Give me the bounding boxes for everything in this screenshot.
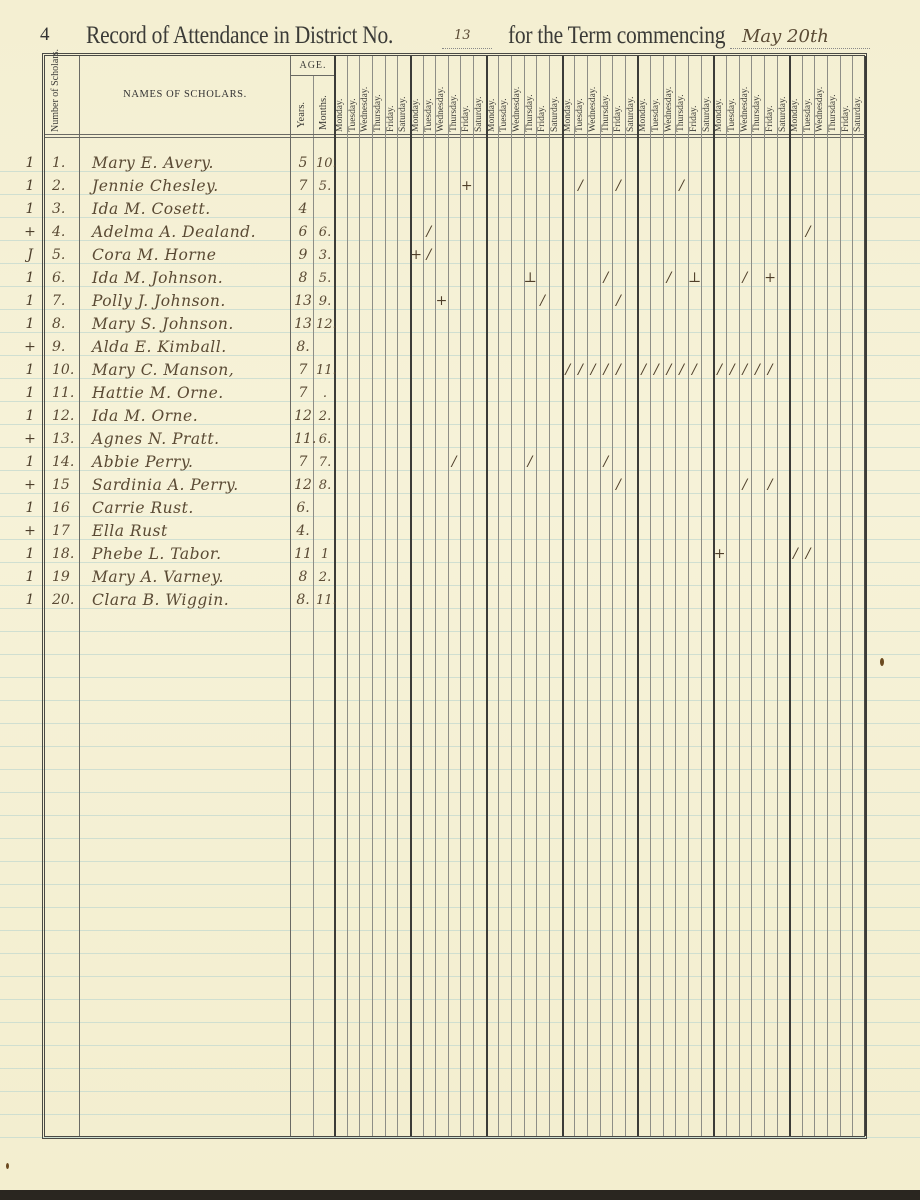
day-header-saturday: Saturday. [778, 58, 790, 132]
scholar-number: 4. [52, 221, 78, 244]
day-header-tuesday: Tuesday. [575, 58, 587, 132]
attendance-mark: / [764, 363, 777, 377]
header-months: Months. [318, 86, 329, 130]
header-bottom-rule [45, 134, 865, 135]
tally-mark: + [22, 474, 38, 497]
attendance-mark: / [751, 363, 764, 377]
age-months [316, 198, 334, 221]
district-number: 13 [454, 28, 471, 43]
day-header-thursday: Thursday. [601, 58, 613, 132]
day-header-thursday: Thursday. [752, 58, 764, 132]
tally-mark: 1 [22, 198, 38, 221]
scholar-number: 7. [52, 290, 78, 313]
scholar-name: Carrie Rust. [92, 497, 290, 520]
attendance-mark: / [574, 179, 587, 193]
attendance-mark: / [612, 478, 625, 492]
scholar-row: 112.Ida M. Orne.122. [0, 405, 920, 428]
age-years: 8. [294, 336, 312, 359]
age-years: 6. [294, 497, 312, 520]
age-years: 8 [294, 566, 312, 589]
scholar-name: Adelma A. Dealand. [92, 221, 290, 244]
age-years: 11. [294, 428, 312, 451]
attendance-mark: / [600, 271, 613, 285]
age-years: 13 [294, 313, 312, 336]
day-header-saturday: Saturday. [474, 58, 486, 132]
scholar-number: 3. [52, 198, 78, 221]
scholar-number: 8. [52, 313, 78, 336]
page-number: 4 [40, 24, 50, 46]
attendance-mark: / [612, 179, 625, 193]
attendance-mark: / [423, 225, 436, 239]
age-months: 2. [316, 566, 334, 589]
day-header-tuesday: Tuesday. [651, 58, 663, 132]
scholar-row: 120.Clara B. Wiggin.8.11. [0, 589, 920, 612]
scholar-name: Mary C. Manson, [92, 359, 290, 382]
age-months [316, 497, 334, 520]
scholar-name: Phebe L. Tabor. [92, 543, 290, 566]
day-header-tuesday: Tuesday. [348, 58, 360, 132]
day-header-friday: Friday. [537, 58, 549, 132]
age-months: 12. [316, 313, 334, 336]
tally-mark: 1 [22, 382, 38, 405]
day-header-monday: Monday. [487, 58, 499, 132]
age-months: 3. [316, 244, 334, 267]
scholar-number: 18. [52, 543, 78, 566]
scholar-row: +13.Agnes N. Pratt.11.6. [0, 428, 920, 451]
scholar-name: Ella Rust [92, 520, 290, 543]
day-header-friday: Friday. [613, 58, 625, 132]
scholar-row: +4.Adelma A. Dealand.66. [0, 221, 920, 244]
day-header-friday: Friday. [461, 58, 473, 132]
day-header-monday: Monday. [411, 58, 423, 132]
title-prefix: Record of Attendance in District No. [86, 22, 393, 50]
attendance-mark: / [675, 363, 688, 377]
scholar-name: Cora M. Horne [92, 244, 290, 267]
age-years: 8 [294, 267, 312, 290]
age-months: 8. [316, 474, 334, 497]
scholar-name: Abbie Perry. [92, 451, 290, 474]
day-header-friday: Friday. [689, 58, 701, 132]
day-header-monday: Monday. [790, 58, 802, 132]
scholar-number: 6. [52, 267, 78, 290]
scholar-name: Agnes N. Pratt. [92, 428, 290, 451]
scholar-name: Clara B. Wiggin. [92, 589, 290, 612]
tally-mark: 1 [22, 290, 38, 313]
attendance-mark: / [802, 225, 815, 239]
age-header-divider [290, 75, 334, 76]
attendance-mark: / [536, 294, 549, 308]
ink-spot [6, 1163, 9, 1169]
scholar-number: 13. [52, 428, 78, 451]
tally-mark: 1 [22, 175, 38, 198]
attendance-mark: / [688, 363, 701, 377]
age-months: 6. [316, 428, 334, 451]
day-header-wednesday: Wednesday. [740, 58, 752, 132]
scholar-row: +17Ella Rust4. [0, 520, 920, 543]
attendance-mark: / [612, 294, 625, 308]
day-header-friday: Friday. [765, 58, 777, 132]
attendance-mark: + [764, 271, 777, 285]
day-header-thursday: Thursday. [449, 58, 461, 132]
age-months: 5. [316, 267, 334, 290]
scholar-number: 10. [52, 359, 78, 382]
scholar-name: Jennie Chesley. [92, 175, 290, 198]
tally-mark: 1 [22, 359, 38, 382]
scholar-number: 12. [52, 405, 78, 428]
day-header-wednesday: Wednesday. [512, 58, 524, 132]
day-header-saturday: Saturday. [550, 58, 562, 132]
age-months: 11. [316, 359, 334, 382]
age-years: 7 [294, 175, 312, 198]
attendance-mark: / [675, 179, 688, 193]
attendance-mark: + [713, 547, 726, 561]
attendance-mark: / [663, 363, 676, 377]
scholar-number: 5. [52, 244, 78, 267]
scholar-row: 11.Mary E. Avery.510. [0, 152, 920, 175]
attendance-mark: / [789, 547, 802, 561]
attendance-mark: / [739, 271, 752, 285]
day-header-monday: Monday. [335, 58, 347, 132]
tally-mark: 1 [22, 152, 38, 175]
header-years: Years. [296, 88, 307, 128]
age-years: 5 [294, 152, 312, 175]
day-header-thursday: Thursday. [525, 58, 537, 132]
day-header-saturday: Saturday. [398, 58, 410, 132]
scholar-name: Ida M. Orne. [92, 405, 290, 428]
scholar-name: Hattie M. Orne. [92, 382, 290, 405]
scholar-row: 16.Ida M. Johnson.85. [0, 267, 920, 290]
scholar-row: 118.Phebe L. Tabor.111 [0, 543, 920, 566]
tally-mark: 1 [22, 313, 38, 336]
day-header-thursday: Thursday. [676, 58, 688, 132]
age-months [316, 336, 334, 359]
day-header-tuesday: Tuesday. [499, 58, 511, 132]
scholar-name: Mary S. Johnson. [92, 313, 290, 336]
attendance-mark: + [435, 294, 448, 308]
scholar-row: 13.Ida M. Cosett.4 [0, 198, 920, 221]
scholar-name: Mary E. Avery. [92, 152, 290, 175]
age-months [316, 520, 334, 543]
attendance-mark: / [739, 363, 752, 377]
tally-mark: + [22, 336, 38, 359]
tally-mark: + [22, 520, 38, 543]
attendance-mark: / [802, 547, 815, 561]
age-years: 7 [294, 382, 312, 405]
attendance-mark: / [574, 363, 587, 377]
age-months: 11. [316, 589, 334, 612]
attendance-mark: / [423, 248, 436, 262]
day-header-wednesday: Wednesday. [436, 58, 448, 132]
title-middle: for the Term commencing [508, 22, 725, 50]
age-months: . [316, 382, 334, 405]
age-years: 4. [294, 520, 312, 543]
scholar-row: 17.Polly J. Johnson.139. [0, 290, 920, 313]
tally-mark: 1 [22, 405, 38, 428]
age-months: 10. [316, 152, 334, 175]
scholar-number: 11. [52, 382, 78, 405]
attendance-mark: / [739, 478, 752, 492]
tally-mark: 1 [22, 267, 38, 290]
term-dotted-line [730, 48, 870, 49]
attendance-mark: + [460, 179, 473, 193]
term-start-date: May 20th [742, 26, 829, 47]
attendance-mark: / [600, 455, 613, 469]
scholar-number: 2. [52, 175, 78, 198]
tally-mark: J [22, 244, 38, 267]
attendance-mark: / [600, 363, 613, 377]
age-years: 4 [294, 198, 312, 221]
day-header-wednesday: Wednesday. [664, 58, 676, 132]
attendance-mark: / [587, 363, 600, 377]
attendance-mark: / [726, 363, 739, 377]
tally-mark: + [22, 221, 38, 244]
scholar-name: Sardinia A. Perry. [92, 474, 290, 497]
tally-mark: 1 [22, 451, 38, 474]
attendance-mark: ⊥ [688, 271, 701, 285]
tally-mark: 1 [22, 497, 38, 520]
header-age: AGE. [292, 60, 334, 71]
age-years: 6 [294, 221, 312, 244]
header-number-of-scholars: Number of Scholars. [50, 64, 61, 132]
age-months: 7. [316, 451, 334, 474]
age-years: 7 [294, 359, 312, 382]
age-months: 6. [316, 221, 334, 244]
day-header-tuesday: Tuesday. [424, 58, 436, 132]
scholar-name: Mary A. Varney. [92, 566, 290, 589]
day-header-saturday: Saturday. [702, 58, 714, 132]
day-header-thursday: Thursday. [828, 58, 840, 132]
scholar-name: Ida M. Johnson. [92, 267, 290, 290]
ledger-page: 4 Record of Attendance in District No. 1… [0, 0, 920, 1190]
page-header: 4 Record of Attendance in District No. 1… [40, 22, 870, 56]
header-bottom-rule [45, 137, 865, 138]
scholar-row: 119Mary A. Varney.82. [0, 566, 920, 589]
tally-mark: + [22, 428, 38, 451]
scholar-row: +9.Alda E. Kimball.8. [0, 336, 920, 359]
scholar-number: 16 [52, 497, 78, 520]
attendance-mark: / [612, 363, 625, 377]
attendance-mark: ⊥ [524, 271, 537, 285]
age-months: 5. [316, 175, 334, 198]
scholar-row: +15Sardinia A. Perry.128. [0, 474, 920, 497]
attendance-mark: / [764, 478, 777, 492]
page-bottom-edge [0, 1190, 920, 1200]
scholar-number: 17 [52, 520, 78, 543]
age-years: 13 [294, 290, 312, 313]
day-header-wednesday: Wednesday. [588, 58, 600, 132]
tally-mark: 1 [22, 566, 38, 589]
scholar-row: J5.Cora M. Horne93. [0, 244, 920, 267]
age-years: 11 [294, 543, 312, 566]
age-years: 8. [294, 589, 312, 612]
scholar-row: 110.Mary C. Manson,711. [0, 359, 920, 382]
scholar-number: 19 [52, 566, 78, 589]
day-header-monday: Monday. [714, 58, 726, 132]
scholar-name: Alda E. Kimball. [92, 336, 290, 359]
age-years: 7 [294, 451, 312, 474]
day-header-monday: Monday. [563, 58, 575, 132]
attendance-mark: + [410, 248, 423, 262]
attendance-mark: / [650, 363, 663, 377]
age-months: 1 [316, 543, 334, 566]
scholar-number: 15 [52, 474, 78, 497]
attendance-mark: / [713, 363, 726, 377]
day-header-wednesday: Wednesday. [815, 58, 827, 132]
district-dotted-line [442, 48, 492, 49]
day-header-friday: Friday. [386, 58, 398, 132]
age-years: 12 [294, 474, 312, 497]
scholar-number: 1. [52, 152, 78, 175]
header-names-of-scholars: NAMES OF SCHOLARS. [80, 89, 290, 100]
scholar-number: 14. [52, 451, 78, 474]
ink-spot [880, 658, 884, 666]
day-header-tuesday: Tuesday. [727, 58, 739, 132]
attendance-mark: / [637, 363, 650, 377]
day-header-saturday: Saturday. [853, 58, 865, 132]
age-years: 9 [294, 244, 312, 267]
scholar-number: 9. [52, 336, 78, 359]
attendance-mark: / [524, 455, 537, 469]
age-months: 2. [316, 405, 334, 428]
attendance-mark: / [663, 271, 676, 285]
scholar-number: 20. [52, 589, 78, 612]
age-months: 9. [316, 290, 334, 313]
day-header-thursday: Thursday. [373, 58, 385, 132]
scholar-row: 116Carrie Rust.6. [0, 497, 920, 520]
scholar-name: Ida M. Cosett. [92, 198, 290, 221]
scholar-row: 111.Hattie M. Orne.7. [0, 382, 920, 405]
scholar-name: Polly J. Johnson. [92, 290, 290, 313]
day-header-monday: Monday. [638, 58, 650, 132]
age-years: 12 [294, 405, 312, 428]
day-header-friday: Friday. [841, 58, 853, 132]
tally-mark: 1 [22, 543, 38, 566]
scholar-row: 18.Mary S. Johnson.1312. [0, 313, 920, 336]
attendance-mark: / [448, 455, 461, 469]
day-header-saturday: Saturday. [626, 58, 638, 132]
day-header-wednesday: Wednesday. [360, 58, 372, 132]
day-header-tuesday: Tuesday. [803, 58, 815, 132]
title-prefix-text: Record of Attendance in District No. [86, 22, 393, 49]
tally-mark: 1 [22, 589, 38, 612]
attendance-mark: / [562, 363, 575, 377]
